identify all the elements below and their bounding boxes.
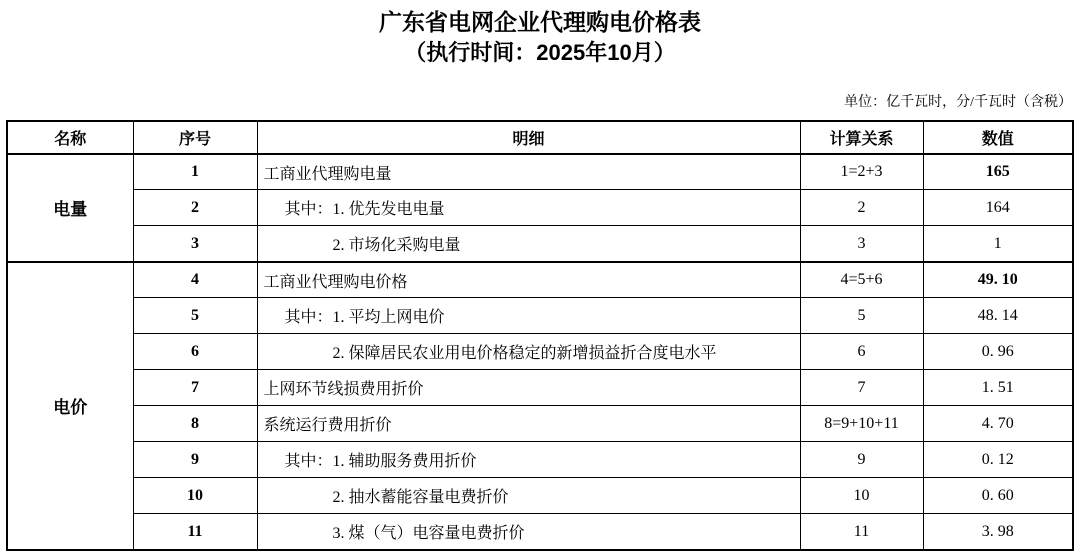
seq: 1 [133, 154, 257, 190]
seq: 5 [133, 298, 257, 334]
value: 0. 12 [923, 442, 1073, 478]
seq: 4 [133, 262, 257, 298]
detail: 工商业代理购电价格 [257, 262, 800, 298]
seq: 2 [133, 190, 257, 226]
table-row: 2 其中：1. 优先发电电量 2 164 [7, 190, 1073, 226]
relation: 2 [800, 190, 923, 226]
detail: 2. 抽水蓄能容量电费折价 [257, 478, 800, 514]
group-name-dianjia: 电价 [7, 262, 133, 550]
relation: 3 [800, 226, 923, 262]
table-row: 电价 4 工商业代理购电价格 4=5+6 49. 10 [7, 262, 1073, 298]
value: 0. 60 [923, 478, 1073, 514]
table-row: 10 2. 抽水蓄能容量电费折价 10 0. 60 [7, 478, 1073, 514]
value: 0. 96 [923, 334, 1073, 370]
header-detail: 明细 [257, 121, 800, 154]
seq: 6 [133, 334, 257, 370]
detail: 上网环节线损费用折价 [257, 370, 800, 406]
relation: 5 [800, 298, 923, 334]
relation: 6 [800, 334, 923, 370]
table-row: 6 2. 保障居民农业用电价格稳定的新增损益折合度电水平 6 0. 96 [7, 334, 1073, 370]
page-subtitle: （执行时间：2025年10月） [0, 38, 1080, 68]
detail: 其中：1. 优先发电电量 [257, 190, 800, 226]
detail: 工商业代理购电量 [257, 154, 800, 190]
header-row: 名称 序号 明细 计算关系 数值 [7, 121, 1073, 154]
seq: 7 [133, 370, 257, 406]
table-row: 电量 1 工商业代理购电量 1=2+3 165 [7, 154, 1073, 190]
detail: 2. 市场化采购电量 [257, 226, 800, 262]
table-row: 8 系统运行费用折价 8=9+10+11 4. 70 [7, 406, 1073, 442]
table-row: 5 其中：1. 平均上网电价 5 48. 14 [7, 298, 1073, 334]
header-name: 名称 [7, 121, 133, 154]
relation: 7 [800, 370, 923, 406]
value: 3. 98 [923, 514, 1073, 550]
value: 164 [923, 190, 1073, 226]
header-relation: 计算关系 [800, 121, 923, 154]
relation: 4=5+6 [800, 262, 923, 298]
value: 4. 70 [923, 406, 1073, 442]
header-seq: 序号 [133, 121, 257, 154]
group-name-dianliang: 电量 [7, 154, 133, 262]
unit-note: 单位：亿千瓦时，分/千瓦时（含税） [0, 94, 1072, 112]
table-row: 3 2. 市场化采购电量 3 1 [7, 226, 1073, 262]
relation: 1=2+3 [800, 154, 923, 190]
page-title: 广东省电网企业代理购电价格表 [0, 8, 1080, 38]
relation: 9 [800, 442, 923, 478]
value: 1. 51 [923, 370, 1073, 406]
relation: 8=9+10+11 [800, 406, 923, 442]
seq: 9 [133, 442, 257, 478]
table-row: 11 3. 煤（气）电容量电费折价 11 3. 98 [7, 514, 1073, 550]
seq: 10 [133, 478, 257, 514]
detail: 2. 保障居民农业用电价格稳定的新增损益折合度电水平 [257, 334, 800, 370]
relation: 11 [800, 514, 923, 550]
relation: 10 [800, 478, 923, 514]
detail: 其中：1. 平均上网电价 [257, 298, 800, 334]
table-row: 9 其中：1. 辅助服务费用折价 9 0. 12 [7, 442, 1073, 478]
detail: 3. 煤（气）电容量电费折价 [257, 514, 800, 550]
seq: 3 [133, 226, 257, 262]
value: 49. 10 [923, 262, 1073, 298]
detail: 其中：1. 辅助服务费用折价 [257, 442, 800, 478]
value: 165 [923, 154, 1073, 190]
seq: 11 [133, 514, 257, 550]
price-table: 名称 序号 明细 计算关系 数值 电量 1 工商业代理购电量 1=2+3 165… [6, 120, 1074, 551]
seq: 8 [133, 406, 257, 442]
header-value: 数值 [923, 121, 1073, 154]
value: 1 [923, 226, 1073, 262]
detail: 系统运行费用折价 [257, 406, 800, 442]
table-row: 7 上网环节线损费用折价 7 1. 51 [7, 370, 1073, 406]
value: 48. 14 [923, 298, 1073, 334]
